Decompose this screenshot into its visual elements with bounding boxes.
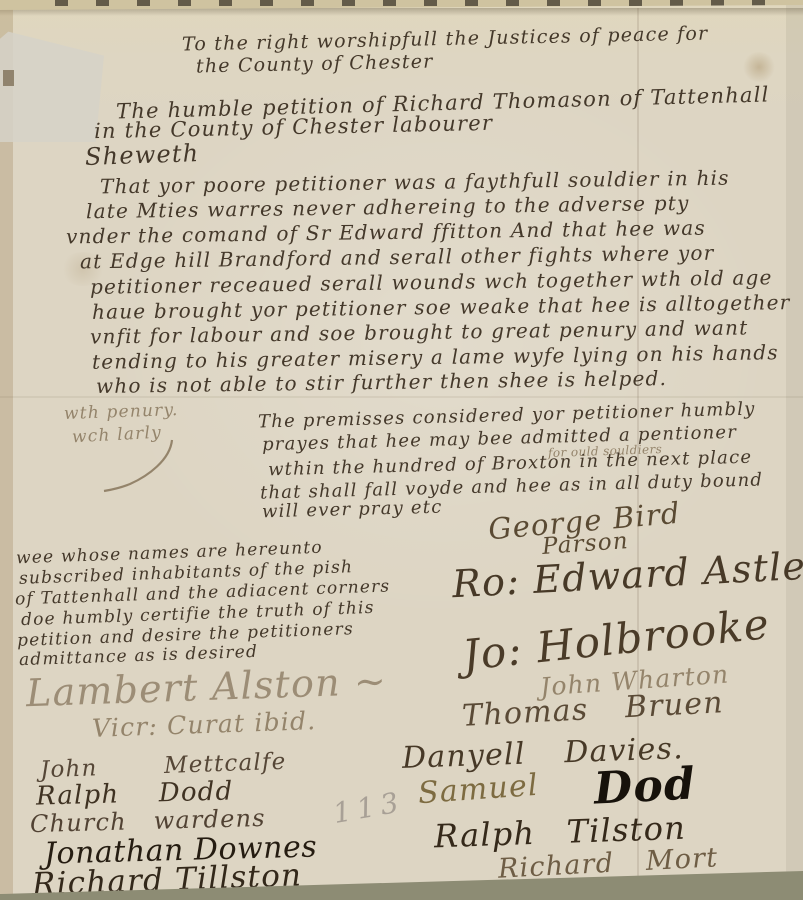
signature-lambert-alston-title: Vicr: Curat ibid.: [92, 708, 317, 742]
address-line-1: To the right worshipfull the Justices of…: [182, 24, 709, 55]
signature-lambert-alston: Lambert Alston ~: [25, 662, 387, 714]
margin-flourish: [100, 438, 180, 493]
pencil-folio-number: 113: [331, 787, 406, 828]
foxing-stain: [742, 52, 776, 82]
signature-richard-tillston: Richard Tillston: [32, 859, 303, 900]
repair-patch: [0, 22, 104, 142]
signature-edward-astle: Ro: Edward Astle: [451, 547, 803, 605]
cropped-text-remnants: [55, 0, 775, 6]
address-line-2: the County of Chester: [196, 53, 434, 78]
manuscript-page: To the right worshipfull the Justices of…: [0, 0, 803, 900]
margin-note-line-1: wth penury.: [64, 402, 179, 424]
body-line: who is not able to stir further then she…: [96, 368, 667, 397]
prayer-line: will ever pray etc: [262, 499, 443, 523]
paper-right-edge: [786, 5, 803, 875]
document-scan: To the right worshipfull the Justices of…: [0, 0, 803, 900]
signature-thomas-bruen: Thomas Bruen: [461, 687, 724, 732]
edge-stain: [3, 70, 14, 86]
sheweth-heading: Sheweth: [85, 141, 200, 170]
signature-samuel-dod-last: Dod: [593, 761, 697, 812]
signature-samuel-dod-first: Samuel: [417, 770, 540, 810]
